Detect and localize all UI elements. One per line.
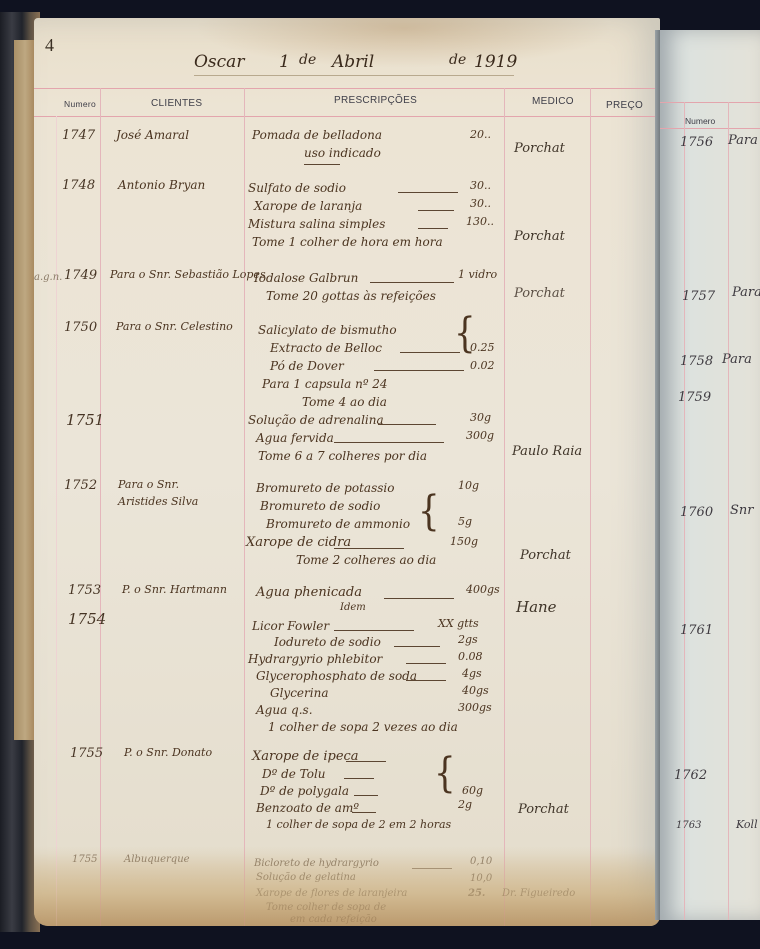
entry-doctor: Porchat [514,229,565,244]
entry-client: Para [732,285,760,300]
prescription-line: Dº de polygala [260,784,349,798]
brace: { [418,488,440,536]
dash [378,424,436,425]
prescription-line: Tome 6 a 7 colheres por dia [258,449,427,463]
prescription-line: Tome 4 ao dia [302,395,387,409]
prescription-qty: 150g [450,535,478,548]
prescription-qty: 0.25 [470,341,495,354]
dash [354,795,378,796]
prescription-line: Xarope de ipeca [252,749,359,764]
prescription-line: Hydrargyrio phlebitor [248,652,382,666]
prescription-line: Xarope de laranja [254,199,362,213]
entry-client: Para [722,352,752,367]
prescription-line: 1 colher de sopa 2 vezes ao dia [268,720,458,734]
dash [406,663,446,664]
prescription-line: Pomada de belladona [252,128,382,142]
dash [374,370,464,371]
entry-doctor: Hane [516,598,557,616]
brace: { [434,750,456,798]
entry-client: Para o Snr. Aristides Silva [118,476,218,510]
right-header-numero: Numero [685,116,715,126]
dash [400,352,460,353]
dash [334,630,414,631]
prescription-line: Pó de Dover [270,359,344,373]
column-divider [590,88,591,926]
prescription-line: Bromureto de ammonio [266,517,410,531]
entry-number: 1753 [68,583,101,598]
entry-doctor: Porchat [514,141,565,156]
entry-client: Antonio Bryan [118,178,205,192]
prescription-line: Agua fervida [256,431,334,445]
entry-client: Snr [730,503,754,518]
ledger-left-page: 4 Oscar 1 de Abril de 1919 Numero CLIENT… [34,18,660,926]
entry-client: P. o Snr. Hartmann [122,583,227,596]
prescription-line: Glycerina [270,686,328,700]
entry-number: 1759 [678,390,711,405]
dash [418,228,448,229]
prescription-line: Iodalose Galbrun [254,271,358,285]
prescription-qty: 400gs [466,583,500,596]
entry-number: 1762 [674,768,707,783]
date-month: Abril [332,52,374,72]
prescription-line: Licor Fowler [252,619,329,633]
dash [394,646,440,647]
prescription-line: Solução de adrenalina [248,413,384,427]
dash [406,680,446,681]
entry-number: 1752 [64,478,97,493]
prescription-qty: 4gs [462,667,482,680]
date-rule [194,75,514,76]
prescription-qty: 30.. [470,179,491,192]
date-day: 1 [279,52,290,72]
margin-line [56,116,57,926]
date-place: Oscar [194,52,244,72]
entry-client: Para [728,133,758,148]
margin-note: a.g.n. [34,272,62,283]
prescription-qty: 130.. [466,215,494,228]
header-numero: Numero [64,99,96,109]
date-line: Oscar 1 de Abril de 1919 [184,52,514,74]
header-bottom-rule [660,128,760,129]
prescription-line: Tome 20 gottas às refeições [266,289,436,303]
entry-number: 1754 [68,610,106,628]
prescription-line: Tome 1 colher de hora em hora [252,235,443,249]
prescription-qty: 30g [470,411,491,424]
prescription-line: Bromureto de sodio [260,499,380,513]
entry-client: José Amaral [116,128,189,142]
prescription-line: Mistura salina simples [248,217,385,231]
prescription-qty: 5g [458,515,472,528]
prescription-qty: 40gs [462,684,489,697]
prescription-line: Tome 2 colheres ao dia [296,553,436,567]
prescription-qty: 2gs [458,633,478,646]
prescription-line: Agua phenicada [256,585,362,600]
prescription-qty: 10g [458,479,479,492]
prescription-line: Extracto de Belloc [270,341,382,355]
prescription-line: Iodureto de sodio [274,635,381,649]
date-de2: de [449,52,466,68]
header-top-rule [660,102,760,103]
column-divider [244,88,245,926]
header-clientes: CLIENTES [151,98,202,109]
entry-number: 1757 [682,289,715,304]
dash [370,282,454,283]
prescription-line: Dº de Tolu [262,767,326,781]
prescription-qty: 1 vidro [458,268,497,281]
prescription-qty: 60g [462,784,483,797]
dash [344,778,374,779]
prescription-line: Para 1 capsula nº 24 [262,377,388,391]
entry-client: Koll [736,818,758,831]
entry-doctor: Paulo Raia [512,444,582,459]
entry-client: Para o Snr. Sebastião Lopes [110,268,266,281]
entry-doctor: Porchat [520,548,571,563]
entry-number: 1749 [64,268,97,283]
prescription-qty: 2g [458,798,472,811]
entry-number: 1751 [66,411,104,429]
page-edges [14,40,36,740]
dash [418,210,454,211]
header-medico: MEDICO [532,96,574,107]
water-stain [34,846,660,926]
dash [398,192,458,193]
entry-number: 1763 [676,820,701,831]
entry-number: 1758 [680,354,713,369]
date-year: 1919 [474,52,517,72]
date-de: de [299,52,316,68]
dash [346,761,386,762]
dash [334,548,404,549]
prescription-line: Salicylato de bismutho [258,323,397,337]
dash [334,442,444,443]
dash [384,598,454,599]
entry-number: 1760 [680,505,713,520]
prescription-line: Agua q.s. [256,703,313,717]
prescription-qty: 30.. [470,197,491,210]
ledger-right-page [660,30,760,920]
prescription-qty: 0.02 [470,359,495,372]
header-preco: PREÇO [606,100,643,111]
entry-doctor: Porchat [514,286,565,301]
column-divider [728,102,729,920]
dash [352,812,376,813]
entry-number: 1748 [62,178,95,193]
prescription-qty: 0.08 [458,650,483,663]
entry-number: 1750 [64,320,97,335]
entry-number: 1756 [680,135,713,150]
entry-doctor: Porchat [518,802,569,817]
column-divider [100,88,101,926]
prescription-line: Sulfato de sodio [248,181,346,195]
header-bottom-rule [34,116,660,117]
prescription-line: Idem [340,602,366,613]
prescription-qty: 300gs [458,701,492,714]
prescription-line: Glycerophosphato de soda [256,669,417,683]
header-top-rule [34,88,660,89]
prescription-line: uso indicado [304,146,381,160]
column-divider [504,88,505,926]
header-prescripcoes: PRESCRIPÇÕES [334,95,417,106]
entry-client: P. o Snr. Donato [124,746,212,759]
prescription-qty: 300g [466,429,494,442]
prescription-qty: 20.. [470,128,491,141]
underline [304,164,340,165]
entry-number: 1755 [70,746,103,761]
prescription-line: Bromureto de potassio [256,481,394,495]
entry-number: 1761 [680,623,713,638]
entry-number: 1747 [62,128,95,143]
prescription-qty: XX gtts [438,617,479,630]
prescription-line: 1 colher de sopa de 2 em 2 horas [266,818,451,831]
page-number: 4 [45,35,54,56]
prescription-line: Benzoato de amº [256,801,359,815]
entry-client: Para o Snr. Celestino [116,320,233,333]
